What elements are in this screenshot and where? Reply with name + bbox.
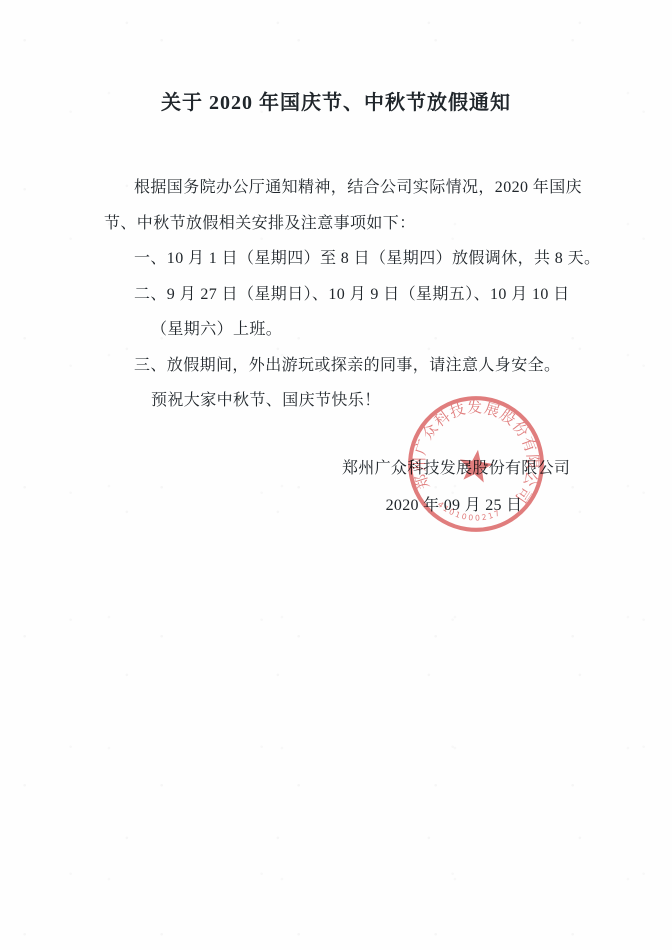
body-line-item-3: 三、放假期间，外出游玩或探亲的同事，请注意人身安全。 xyxy=(104,348,588,384)
body-line-intro-1: 根据国务院办公厅通知精神，结合公司实际情况，2020 年国庆 xyxy=(104,170,588,206)
page-title: 关于 2020 年国庆节、中秋节放假通知 xyxy=(0,86,672,115)
body-line-item-2: 二、9 月 27 日（星期日）、10 月 9 日（星期五）、10 月 10 日 xyxy=(104,277,588,313)
notice-body: 根据国务院办公厅通知精神，结合公司实际情况，2020 年国庆 节、中秋节放假相关… xyxy=(104,170,588,419)
notice-document-page: 关于 2020 年国庆节、中秋节放假通知 根据国务院办公厅通知精神，结合公司实际… xyxy=(0,0,672,950)
body-line-intro-2: 节、中秋节放假相关安排及注意事项如下： xyxy=(104,206,588,242)
signature-company-name: 郑州广众科技发展股份有限公司 xyxy=(342,458,566,480)
body-line-wish: 预祝大家中秋节、国庆节快乐！ xyxy=(104,383,588,419)
body-line-item-2-cont: （星期六）上班。 xyxy=(104,312,588,348)
signature-date: 2020 年 09 月 25 日 xyxy=(342,495,566,517)
body-line-item-1: 一、10 月 1 日（星期四）至 8 日（星期四）放假调休，共 8 天。 xyxy=(104,241,588,277)
signature-block: 郑州广众科技发展股份有限公司 2020 年 09 月 25 日 xyxy=(342,458,566,517)
